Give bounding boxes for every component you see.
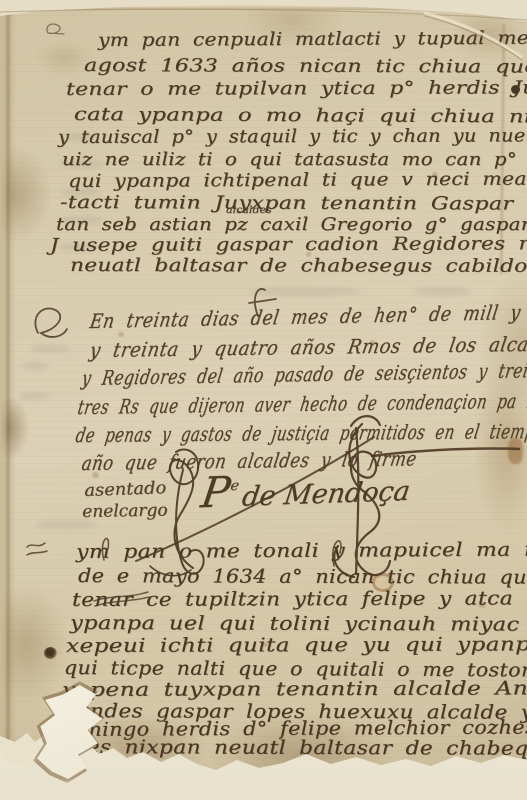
text-line: y Regidores del año pasado de seisçiento… (80, 357, 527, 390)
text-line: de penas y gastos de justiçia permitidos… (74, 419, 527, 447)
interlinear-note: alcaldes (226, 204, 272, 216)
text-line: neuatl baltasar de chabesegus cabildo ——… (70, 255, 527, 277)
manuscript-leaf: ym pan cenpuali matlacti y tupual meltzi… (0, 0, 527, 800)
manuscript-photo: ym pan cenpuali matlacti y tupual meltzi… (0, 0, 527, 800)
text-line: y treinta y quatro años Rmos de los alca… (88, 331, 527, 362)
text-line: qui ypanpa ichtipenal ti que v neci mean… (68, 168, 527, 192)
text-line: ym pan cenpuali matlacti y tupual meltzi (98, 28, 527, 51)
text-line: tenar ce tupiltzin ytica felipe y atca (72, 587, 513, 611)
text-line: tan seb astian pz caxil Gregorio g° gasp… (56, 214, 527, 235)
text-line: tenar o me tupilvan ytica p° herdis Juan (66, 77, 527, 100)
signature-superscript: e (229, 478, 240, 494)
text-line: J usepe guiti gaspar cadion Regidores ny… (50, 233, 527, 256)
text-line: ypanpa uel qui tolini ycinauh miyac qui (70, 612, 527, 636)
ink-showthrough (22, 362, 48, 370)
text-line: y tauiscal p° y staquil y tic y chan yu … (58, 125, 527, 148)
text-line: uiz ne uiliz ti o qui tatasusta mo can p… (62, 149, 527, 170)
text-line: -tacti tumin Juyxpan tenantin Gaspar lop (60, 192, 527, 215)
margin-note: enelcargo (82, 501, 168, 522)
text-line: y pena tuyxpan tenantin alcalde Andres (62, 677, 527, 701)
signature-initial: P (198, 467, 233, 517)
signature-name: de Mendoça (240, 476, 412, 513)
text-line: agost 1633 años nican tic chiua que co (84, 55, 527, 78)
ink-showthrough (415, 287, 470, 296)
margin-note: asentado (84, 478, 166, 501)
text-line: En treinta dias del mes de hen° de mill … (88, 299, 527, 333)
ink-showthrough (30, 345, 70, 353)
text-line: tres Rs que dijeron aver hecho de conden… (76, 388, 527, 419)
text-line: ym pan o me tonali y mapuicel ma nimoti (76, 538, 527, 563)
ink-showthrough (250, 287, 360, 296)
signature: Pe de Mendoça (198, 461, 414, 518)
foxing-spot (118, 332, 124, 337)
wormhole (44, 647, 57, 659)
text-line: cata ypanpa o mo haçi qui chiua nican (74, 104, 527, 128)
text-line: de e mayo 1634 a° nican tic chiua que to… (78, 565, 527, 589)
ink-showthrough (20, 392, 50, 400)
text-line: xepeui ichti quita que yu qui ypanpa yu (66, 633, 527, 657)
binding-gutter (0, 0, 16, 742)
